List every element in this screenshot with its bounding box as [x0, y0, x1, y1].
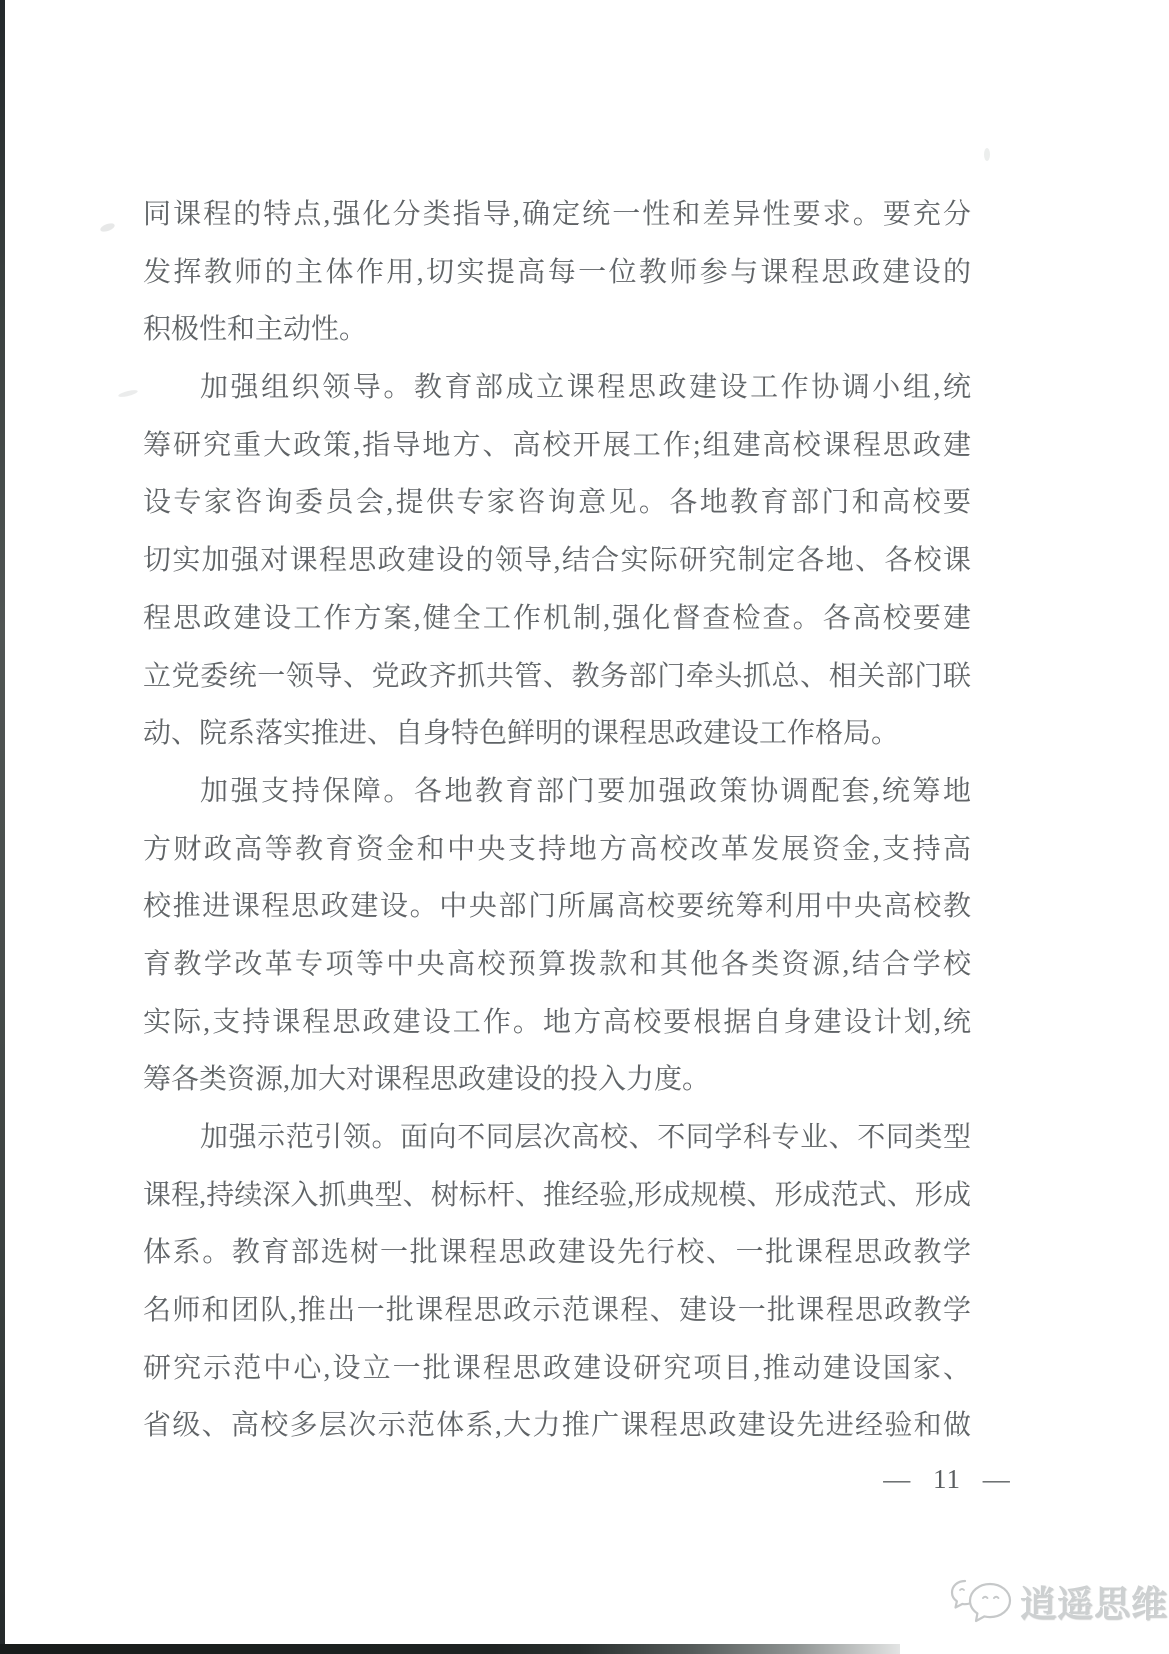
text-line: 程思政建设工作方案,健全工作机制,强化督查检查。各高校要建 [143, 590, 971, 648]
text-line: 研究示范中心,设立一批课程思政建设研究项目,推动建设国家、 [143, 1340, 971, 1398]
text-line: 设专家咨询委员会,提供专家咨询意见。各地教育部门和高校要 [143, 474, 971, 532]
text-line: 加强示范引领。面向不同层次高校、不同学科专业、不同类型 [143, 1109, 971, 1167]
watermark: 逍遥思维 [900, 1560, 1169, 1654]
text-line: 加强组织领导。教育部成立课程思政建设工作协调小组,统 [143, 359, 971, 417]
text-line: 课程,持续深入抓典型、树标杆、推经验,形成规模、形成范式、形成 [143, 1167, 971, 1225]
page-number: — 11 — [862, 1464, 1032, 1495]
text-line: 立党委统一领导、党政齐抓共管、教务部门牵头抓总、相关部门联 [143, 648, 971, 706]
text-line: 发挥教师的主体作用,切实提高每一位教师参与课程思政建设的 [143, 244, 971, 302]
text-line: 筹研究重大政策,指导地方、高校开展工作;组建高校课程思政建 [143, 417, 971, 475]
text-line: 动、院系落实推进、自身特色鲜明的课程思政建设工作格局。 [143, 705, 971, 763]
text-line: 体系。教育部选树一批课程思政建设先行校、一批课程思政教学 [143, 1224, 971, 1282]
text-line: 校推进课程思政建设。中央部门所属高校要统筹利用中央高校教 [143, 878, 971, 936]
text-line: 实际,支持课程思政建设工作。地方高校要根据自身建设计划,统 [143, 994, 971, 1052]
text-line: 育教学改革专项等中央高校预算拨款和其他各类资源,结合学校 [143, 936, 971, 994]
text-line: 名师和团队,推出一批课程思政示范课程、建设一批课程思政教学 [143, 1282, 971, 1340]
scan-smudge [984, 148, 990, 161]
scan-smudge [99, 222, 115, 234]
scan-edge-left [0, 0, 5, 1654]
text-line: 同课程的特点,强化分类指导,确定统一性和差异性要求。要充分 [143, 186, 971, 244]
scan-edge-bottom [0, 1644, 935, 1654]
text-line: 切实加强对课程思政建设的领导,结合实际研究制定各地、各校课 [143, 532, 971, 590]
text-line: 筹各类资源,加大对课程思政建设的投入力度。 [143, 1051, 971, 1109]
text-line: 方财政高等教育资金和中央支持地方高校改革发展资金,支持高 [143, 821, 971, 879]
document-body: 同课程的特点,强化分类指导,确定统一性和差异性要求。要充分发挥教师的主体作用,切… [143, 186, 971, 1455]
scan-smudge [118, 389, 139, 399]
wechat-chat-bubbles-icon [950, 1576, 1014, 1632]
scanned-document-page: 同课程的特点,强化分类指导,确定统一性和差异性要求。要充分发挥教师的主体作用,切… [0, 0, 1169, 1654]
watermark-text: 逍遥思维 [1020, 1576, 1168, 1627]
text-line: 加强支持保障。各地教育部门要加强政策协调配套,统筹地 [143, 763, 971, 821]
text-line: 积极性和主动性。 [143, 301, 971, 359]
text-line: 省级、高校多层次示范体系,大力推广课程思政建设先进经验和做 [143, 1397, 971, 1455]
